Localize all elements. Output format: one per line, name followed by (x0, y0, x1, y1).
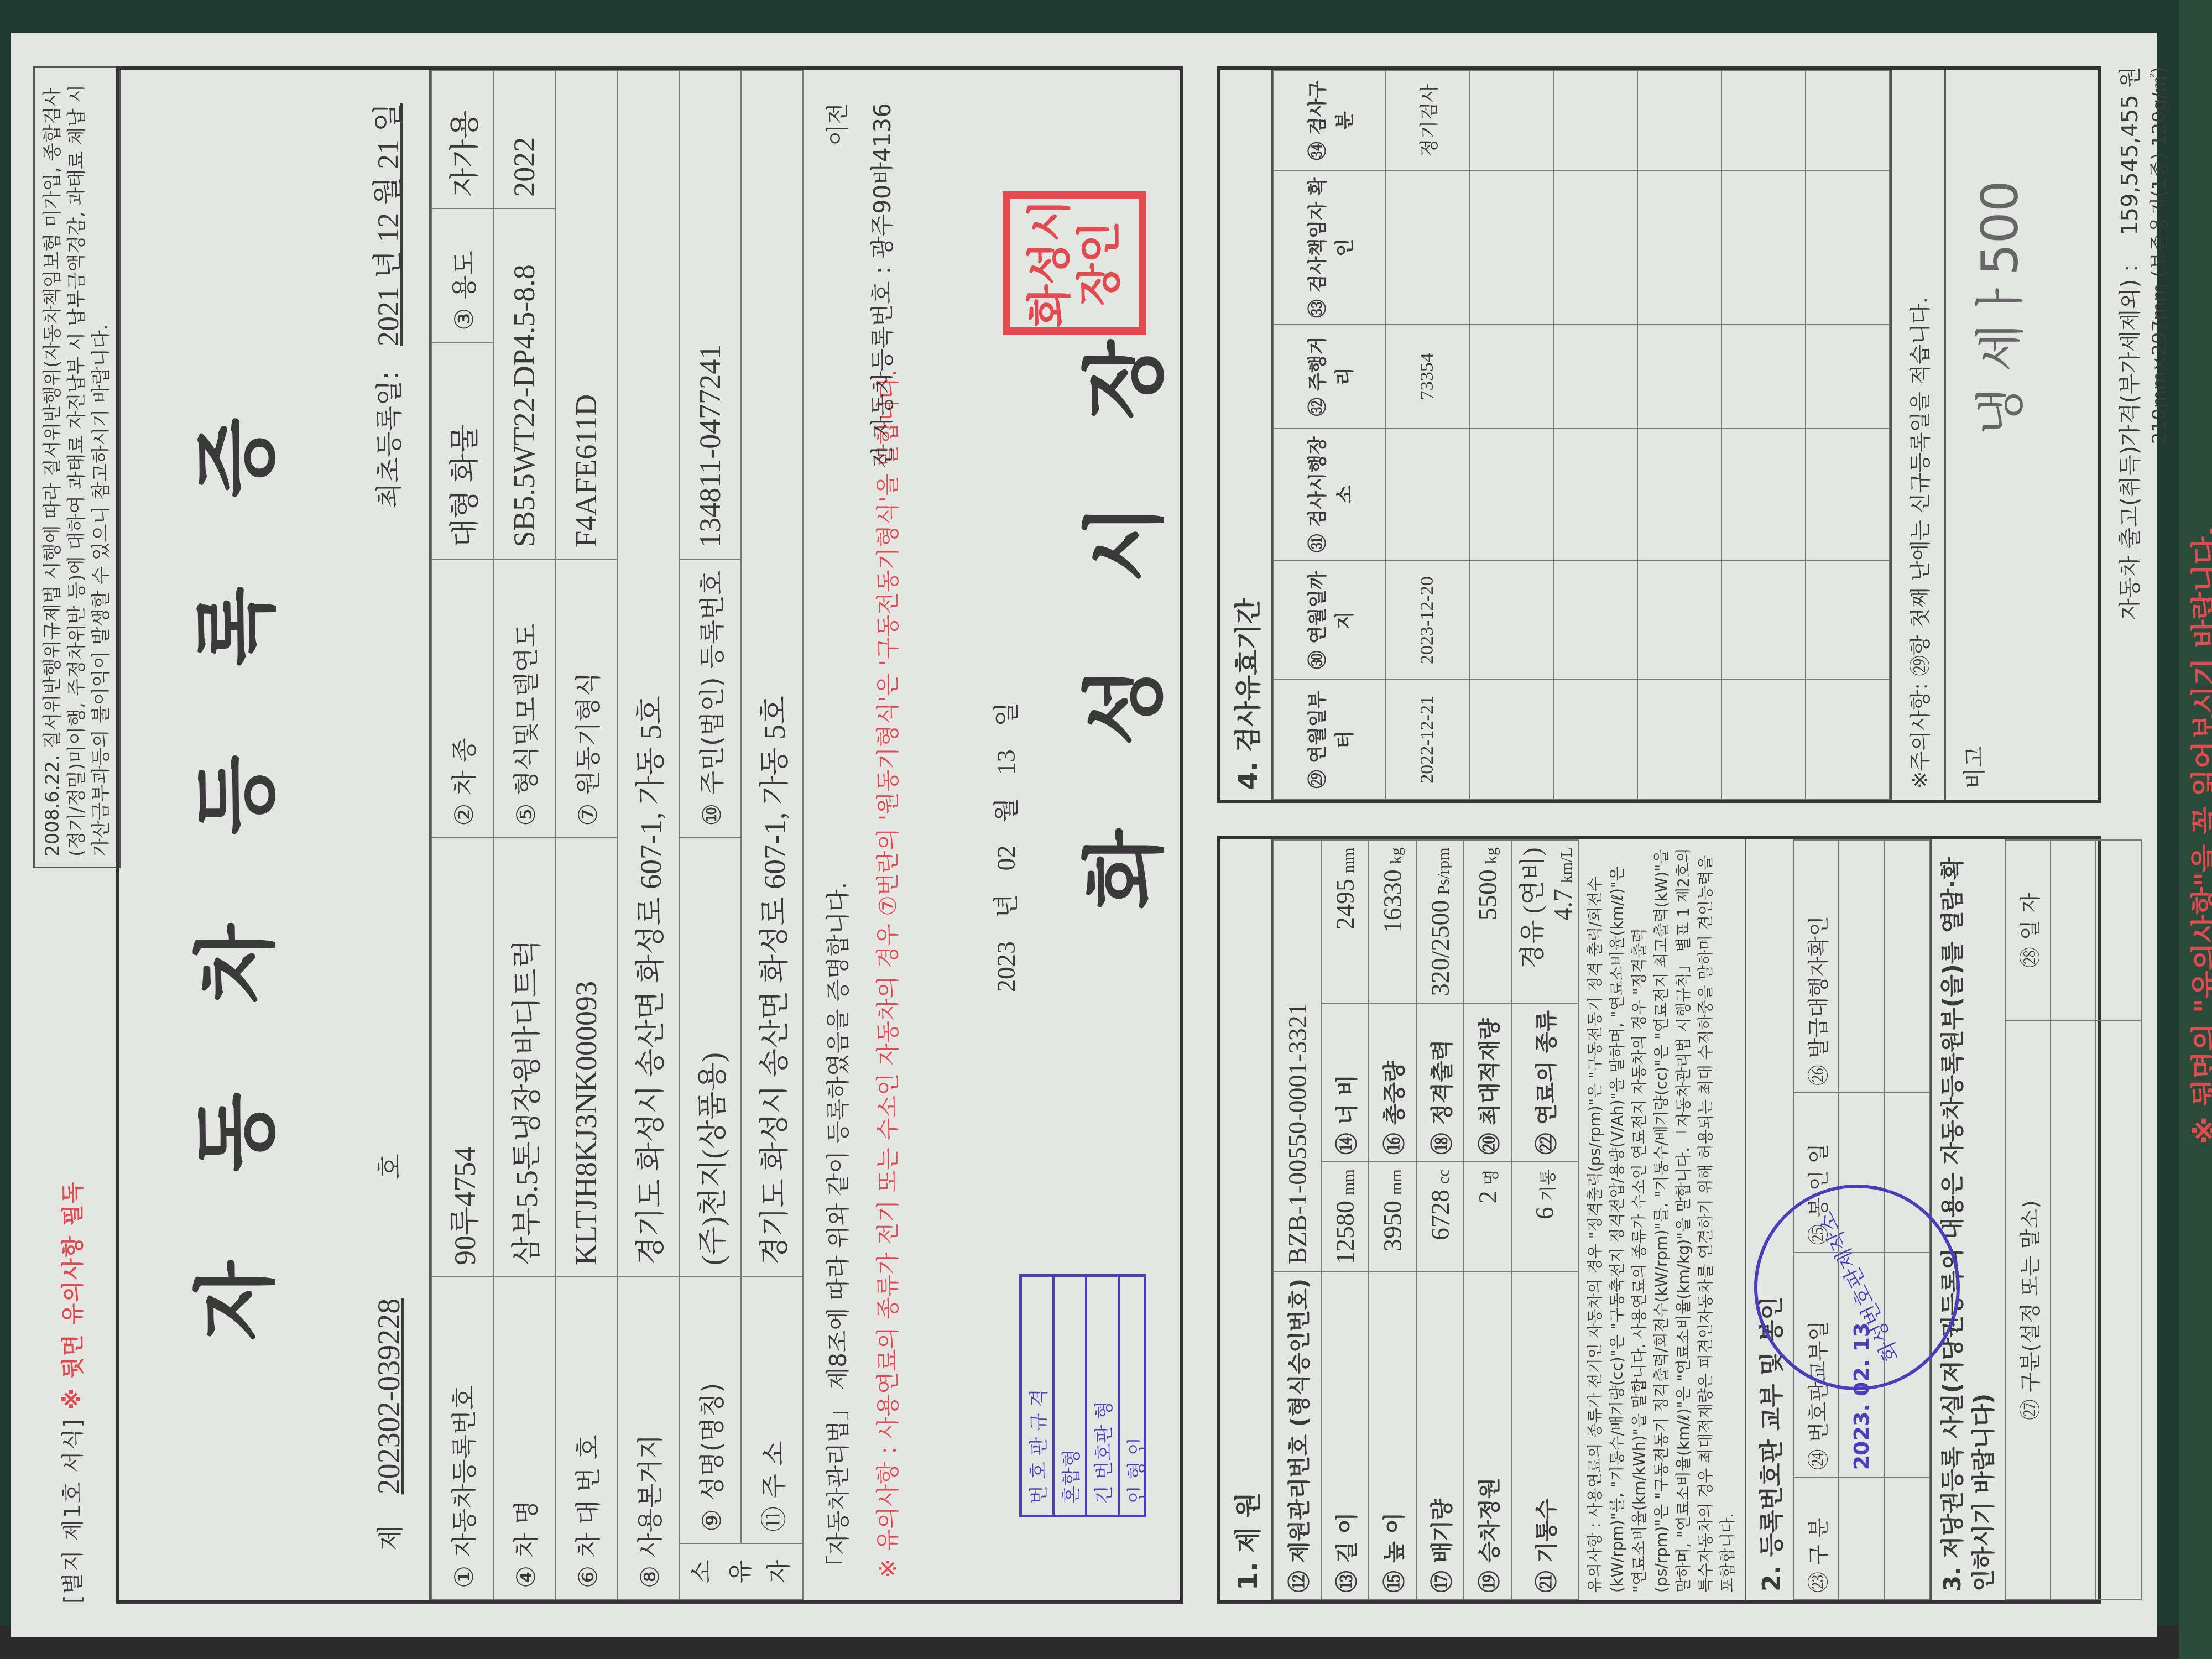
table-row: ⑬ 길 이 12580mm ⑭ 너 비 2495mm (1321, 840, 1369, 1600)
specs-title: 1. 제 원 (1220, 839, 1273, 1600)
certification-statement: 「자동차관리법」 제8조에 따라 위와 같이 등록하였음을 증명합니다. (820, 92, 853, 1578)
issuer-name: 화성시장 (1058, 257, 1177, 909)
lower-section: 1. 제 원 ⑫ 제원관리번호 (형식승인번호) BZB-1-00550-000… (1217, 66, 2101, 1604)
penalty-notice-box: 2008.6.22. 질서위반행위규제법 시행에 따라 질서위반행위(자동차책임… (33, 66, 121, 868)
table-row: ⑫ 제원관리번호 (형식승인번호) BZB-1-00550-0001-3321 (1274, 840, 1321, 1600)
title-area: 자동차등록증 제 202302-039228 호 최초등록일: 2021 년 1… (119, 70, 431, 1600)
document-header: [별지 제1호 서식] ※ 뒷면 유의사항 필독 2008.6.22. 질서위반… (33, 66, 116, 1604)
table-row (1469, 70, 1553, 799)
lien-title: 3. 저당권등록 사실(저당권등록의 내용은 자동차등록원부(을)를 열람·확인… (1930, 839, 2005, 1600)
back-side-warning: ※ 뒷면의 "유의사항"을 꼭 읽어보시기 바랍니다. (2182, 66, 2212, 1604)
specs-table: ⑫ 제원관리번호 (형식승인번호) BZB-1-00550-0001-3321 … (1273, 839, 1579, 1600)
previous-registration: 이전 전 자동차등록번호 : 광주90바4136 (864, 103, 898, 468)
paper-size-info: 210mm×297mm (보존용지(1종) 120g/㎡) (2144, 66, 2171, 1604)
table-row: ⑮ 높 이 3950mm ⑯ 총중량 16330kg (1369, 840, 1416, 1600)
must-read-warning: ※ 뒷면 유의사항 필독 (60, 1181, 86, 1410)
first-registration-date: 최초등록일: 2021 년 12 월 21 일 (364, 103, 407, 508)
specs-note: 유의사항 : 사용연료의 종류가 전기인 자동차의 경우 "정격출력(ps/rp… (1579, 839, 1746, 1600)
table-row: 2022-12-21 2023-12-20 73354 정기검사 (1385, 70, 1469, 799)
table-row: ⑪ 주 소 경기도 화성시 송산면 화성로 607-1, 가동 5호 (741, 70, 803, 1600)
table-row: ㉑ 기통수 6기통 ㉒ 연료의 종류 경유 (연비) 4.7km/L (1511, 840, 1578, 1600)
table-row: ① 자동차등록번호 90루4754 ② 차 종 대형 화물 ③ 용도 자가용 (431, 70, 493, 1600)
lien-table: ㉗ 구분(설정 또는 말소) ㉘ 일 자 (2005, 839, 2142, 1600)
document-title: 자동차등록증 (169, 70, 289, 1600)
specs-frame: 1. 제 원 ⑫ 제원관리번호 (형식승인번호) BZB-1-00550-000… (1217, 836, 2101, 1604)
form-label: [별지 제1호 서식] ※ 뒷면 유의사항 필독 (33, 1181, 87, 1604)
table-row (1637, 70, 1721, 799)
certificate-number: 제 202302-039228 호 (369, 1154, 407, 1551)
table-row: ④ 차 명 삼부5.5톤냉장윙바디트럭 ⑤ 형식및모델연도 SB5.5WT22-… (493, 70, 555, 1600)
inspection-note: ※주의사항: ㉙항 첫째 난에는 신규등록일을 적습니다. (1890, 70, 1944, 800)
inspection-table: ㉙ 연월일부터 ㉚ 연월일까지 ㉛ 검사시행장소 ㉜ 주행거리 ㉝ 검사책임자 … (1273, 70, 1890, 800)
table-row: ⑲ 승차정원 2명 ⑳ 최대적재량 5500kg (1464, 840, 1511, 1600)
table-row: ⑧ 사용본거지 경기도 화성시 송산면 화성로 607-1, 가동 5호 (617, 70, 679, 1600)
registration-certificate-paper: [별지 제1호 서식] ※ 뒷면 유의사항 필독 2008.6.22. 질서위반… (11, 33, 2157, 1637)
table-row (1721, 70, 1806, 799)
certification-block: 「자동차관리법」 제8조에 따라 위와 같이 등록하였음을 증명합니다. ※ 유… (804, 70, 1196, 1600)
vehicle-info-table: ① 자동차등록번호 90루4754 ② 차 종 대형 화물 ③ 용도 자가용 ④… (431, 70, 804, 1600)
table-row: 소유자 ⑨ 성명(명칭) (주)천지(상품용) ⑩ 주민(법인) 등록번호 13… (679, 70, 741, 1600)
table-row: ⑰ 배기량 6728cc ⑱ 정격출력 320/2500Ps/rpm (1416, 840, 1464, 1600)
plate-spec-stamp: 번 호 판 규 격 혼합형 긴 번호판 형 인 형 인 (1019, 1274, 1146, 1517)
main-registration-frame: 자동차등록증 제 202302-039228 호 최초등록일: 2021 년 1… (116, 66, 1183, 1604)
table-header-row: ㉙ 연월일부터 ㉚ 연월일까지 ㉛ 검사시행장소 ㉜ 주행거리 ㉝ 검사책임자 … (1274, 70, 1385, 799)
official-seal-icon: 화성시장인 (1003, 191, 1146, 335)
issue-date: 2023 년 02 월 13 일 (986, 702, 1022, 992)
handwritten-note: 냉 세ㅏ500 (1960, 180, 2032, 435)
table-row: ⑥ 차 대 번 호 KLTJH8KJ3NK000093 ⑦ 원동기형식 F4AF… (555, 70, 617, 1600)
table-row: ㉗ 구분(설정 또는 말소) ㉘ 일 자 (2005, 840, 2051, 1600)
table-row (2051, 840, 2096, 1600)
remarks-box: 비고 냉 세ㅏ500 (1944, 70, 2098, 800)
inspection-frame: 4. 검사유효기간 ㉙ 연월일부터 ㉚ 연월일까지 ㉛ 검사시행장소 ㉜ 주행거… (1217, 66, 2101, 803)
table-row (1806, 70, 1890, 799)
table-row (2096, 840, 2141, 1600)
table-row (1553, 70, 1637, 799)
inspection-title: 4. 검사유효기간 (1220, 70, 1273, 800)
